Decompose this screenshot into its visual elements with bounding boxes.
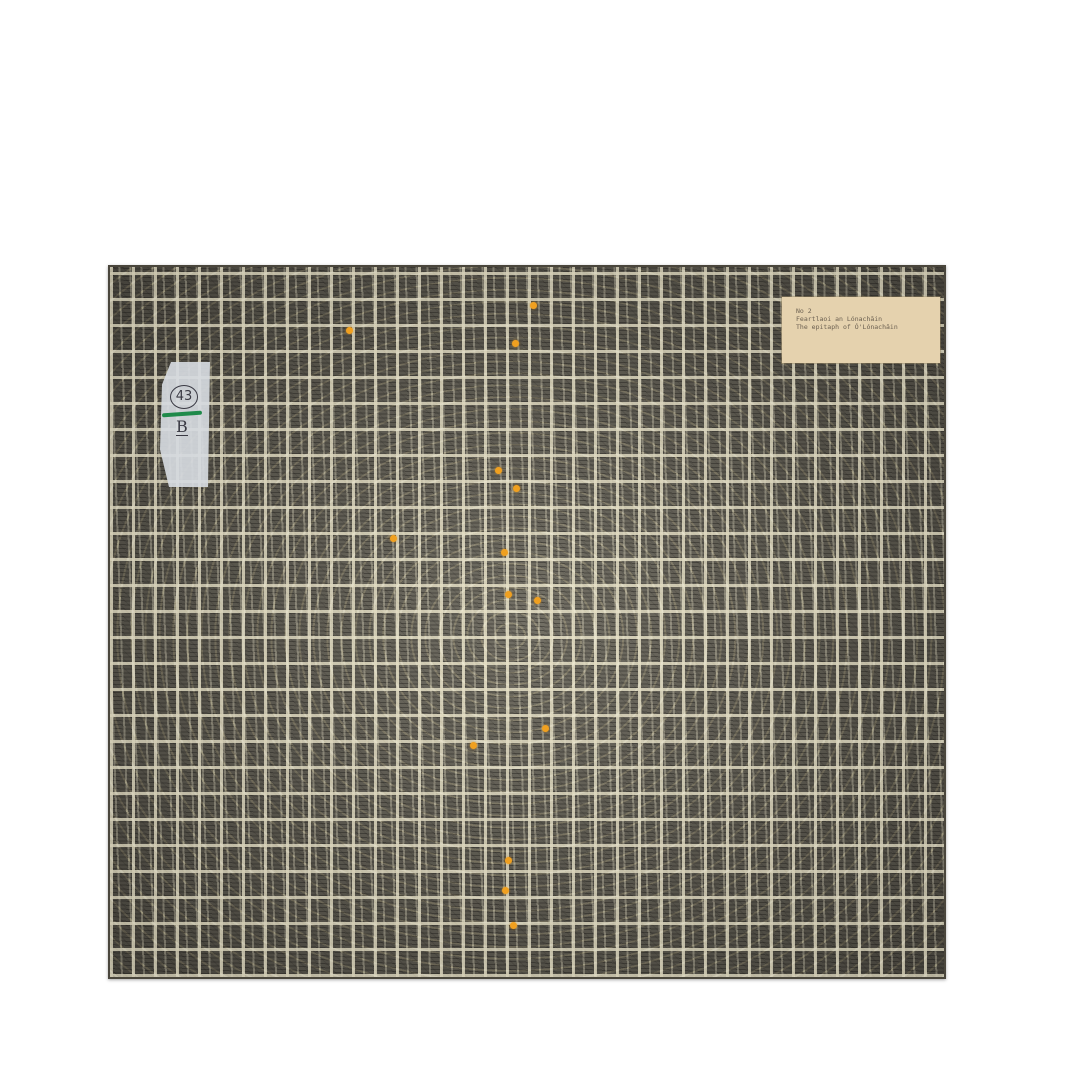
paint-dot: [542, 725, 549, 732]
sticker-letter: B: [176, 419, 188, 436]
paint-dot: [346, 327, 353, 334]
paint-dot: [470, 742, 477, 749]
lighting-vignette: [110, 267, 944, 977]
artwork-panel-back: No 2 Feartlaoi an Lónachāin The epitaph …: [108, 265, 946, 979]
paint-dot: [502, 887, 509, 894]
paint-dot: [390, 535, 397, 542]
sticker-number: 43: [170, 385, 198, 409]
paint-dot: [513, 485, 520, 492]
paint-dot: [495, 467, 502, 474]
paint-dot: [505, 857, 512, 864]
paint-dot: [510, 922, 517, 929]
paint-dot: [530, 302, 537, 309]
typed-title-label: No 2 Feartlaoi an Lónachāin The epitaph …: [782, 297, 940, 363]
label-line-irish-title: Feartlaoi an Lónachāin: [796, 315, 940, 323]
paint-dot: [501, 549, 508, 556]
paint-dot: [505, 591, 512, 598]
paint-dot: [534, 597, 541, 604]
label-line-number: No 2: [796, 307, 940, 315]
label-line-english-title: The epitaph of Ó'Lónachāin: [796, 323, 940, 331]
paint-dot: [512, 340, 519, 347]
